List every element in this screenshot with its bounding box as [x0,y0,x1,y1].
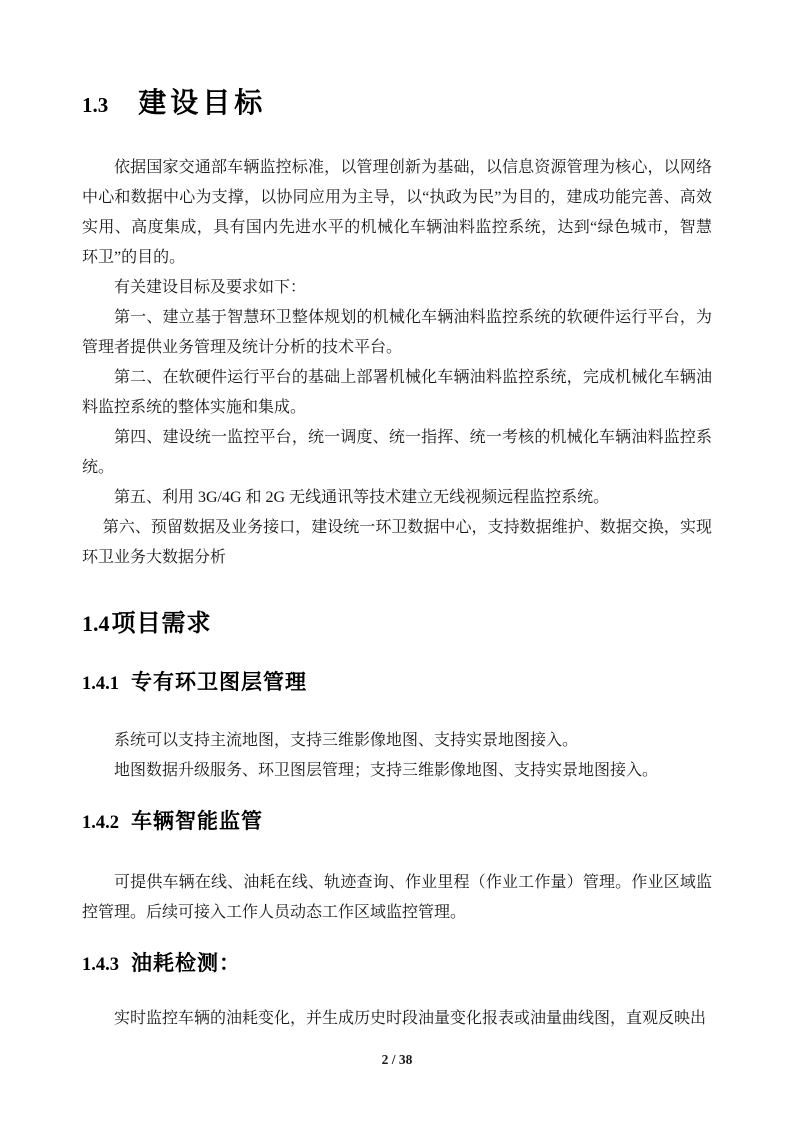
subsection-heading-1-4-2: 1.4.2车辆智能监管 [82,808,712,838]
subsection-number: 1.4.3 [82,955,119,975]
paragraph: 第四、建设统一监控平台，统一调度、统一指挥、统一考核的机械化车辆油料监控系统。 [82,423,712,483]
document-page: 1.3建设目标 依据国家交通部车辆监控标准，以管理创新为基础，以信息资源管理为核… [0,0,793,1122]
subsection-title: 油耗检测： [131,952,241,975]
section-heading-1-3: 1.3建设目标 [82,86,712,125]
section-number: 1.4 [82,611,110,636]
subsection-number: 1.4.2 [82,813,119,833]
paragraph: 地图数据升级服务、环卫图层管理；支持三维影像地图、支持实景地图接入。 [82,756,712,786]
paragraph: 第二、在软硬件运行平台的基础上部署机械化车辆油料监控系统，完成机械化车辆油料监控… [82,363,712,423]
subsection-heading-1-4-3: 1.4.3油耗检测： [82,950,712,980]
subsection-1-4-3-body: 实时监控车辆的油耗变化，并生成历史时段油量变化报表或油量曲线图，直观反映出 [82,1004,712,1034]
subsection-number: 1.4.1 [82,674,119,694]
paragraph: 实时监控车辆的油耗变化，并生成历史时段油量变化报表或油量曲线图，直观反映出 [82,1004,712,1034]
paragraph: 第一、建立基于智慧环卫整体规划的机械化车辆油料监控系统的软硬件运行平台，为管理者… [82,303,712,363]
subsection-title: 专有环卫图层管理 [131,671,307,694]
paragraph: 第六、预留数据及业务接口，建设统一环卫数据中心，支持数据维护、数据交换，实现环卫… [82,513,712,573]
section-number: 1.3 [82,93,108,117]
subsection-1-4-2-body: 可提供车辆在线、油耗在线、轨迹查询、作业里程（作业工作量）管理。作业区域监控管理… [82,868,712,928]
paragraph: 依据国家交通部车辆监控标准，以管理创新为基础，以信息资源管理为核心，以网络中心和… [82,153,712,273]
subsection-1-4-1-body: 系统可以支持主流地图，支持三维影像地图、支持实景地图接入。 地图数据升级服务、环… [82,726,712,786]
section-title: 建设目标 [138,87,266,118]
paragraph: 有关建设目标及要求如下： [82,273,712,303]
footer-page-number: 2 / 38 [82,1050,712,1070]
section-title: 项目需求 [112,610,212,637]
section-heading-1-4: 1.4项目需求 [82,609,712,642]
paragraph: 第五、利用 3G/4G 和 2G 无线通讯等技术建立无线视频远程监控系统。 [82,483,712,513]
subsection-heading-1-4-1: 1.4.1专有环卫图层管理 [82,669,712,699]
paragraph: 可提供车辆在线、油耗在线、轨迹查询、作业里程（作业工作量）管理。作业区域监控管理… [82,868,712,928]
paragraph: 系统可以支持主流地图，支持三维影像地图、支持实景地图接入。 [82,726,712,756]
section-1-3-body: 依据国家交通部车辆监控标准，以管理创新为基础，以信息资源管理为核心，以网络中心和… [82,153,712,573]
subsection-title: 车辆智能监管 [131,810,263,833]
